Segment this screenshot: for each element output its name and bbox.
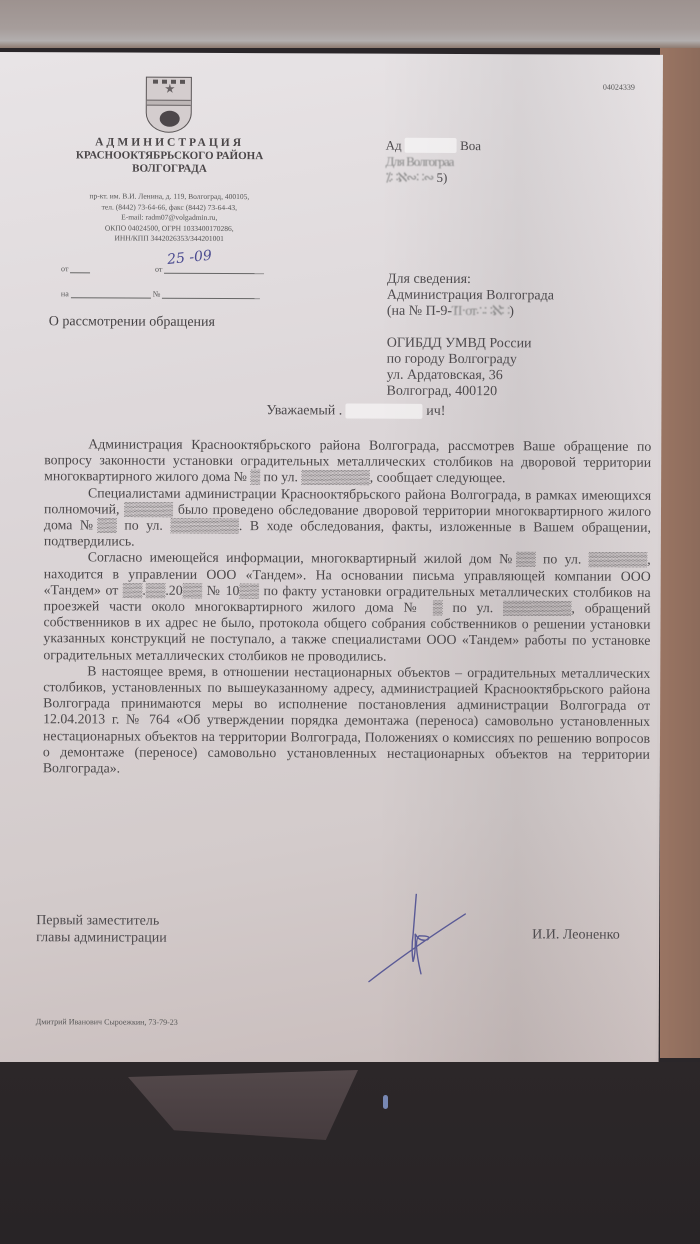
reg-date-label: от — [155, 265, 162, 274]
signature-icon — [361, 894, 471, 984]
redacted-block: xxxxxxxx — [405, 138, 457, 153]
body-paragraph: Специалистами администрации Краснооктябр… — [44, 485, 651, 552]
cc-reference: (на № П-9-ΊΊ·от∴∷ℵ∷) — [387, 304, 554, 321]
signer-name: И.И. Леоненко — [532, 927, 620, 943]
addressee-line-3: ⁒∷ℵ∾∷∾ 5) — [385, 170, 481, 186]
cc-ref-suffix: ) — [509, 304, 514, 319]
reg-number-label: № — [153, 290, 161, 299]
body-paragraph: Администрация Краснооктябрьского района … — [44, 436, 651, 487]
addressee-prefix: Ад — [386, 138, 402, 153]
cc-ref-prefix: (на № П-9- — [387, 304, 452, 319]
org-line-2: КРАСНООКТЯБРЬСКОГО РАЙОНА — [40, 149, 300, 163]
crest-band — [147, 100, 191, 106]
recipient-line: Волгоград, 400120 — [386, 384, 531, 401]
reg-on-label: на — [61, 289, 69, 298]
addressee-suffix: Воа — [460, 138, 481, 153]
registration-on: на № — [61, 289, 261, 299]
addressee-line3-suffix: 5) — [437, 170, 448, 185]
body-paragraph: Согласно имеющейся информации, многоквар… — [43, 550, 650, 666]
document-id: 04024339 — [603, 83, 635, 92]
addressee-line-1: Ад xxxxxxxx Воа — [386, 138, 482, 154]
cc-org: Администрация Волгограда — [387, 288, 554, 305]
redacted-scribble: ΊΊ·от∴∷ℵ∷ — [452, 304, 509, 319]
salutation: Уважаемый . xxxxxxxxxxx ич! — [266, 403, 445, 420]
crest-merlons — [153, 80, 187, 84]
background-ceiling — [0, 0, 700, 48]
background-desk — [660, 48, 700, 1058]
reg-date-line — [164, 273, 264, 274]
signer-title-line-1: Первый заместитель — [36, 912, 167, 930]
addressee-block: Ад xxxxxxxx Воа Для Волгограа ⁒∷ℵ∾∷∾ 5) — [385, 138, 481, 186]
org-inn: ИНН/КПП 3442026353/344201001 — [39, 233, 299, 245]
crest-emblem — [160, 111, 180, 127]
coat-of-arms-icon — [146, 77, 192, 133]
recipient-block: ОГИБДД УМВД России по городу Волгограду … — [386, 336, 531, 401]
signer-title: Первый заместитель главы администрации — [36, 912, 167, 947]
cc-block: Для сведения: Администрация Волгограда (… — [387, 272, 554, 321]
signer-title-line-2: главы администрации — [36, 929, 167, 947]
salutation-prefix: Уважаемый . — [266, 403, 342, 418]
crest-star — [165, 84, 175, 94]
organization-contacts: пр-кт. им. В.И. Ленина, д. 119, Волгогра… — [39, 191, 299, 245]
reg-number-line — [162, 298, 260, 299]
redacted-scribble: ⁒∷ℵ∾∷∾ — [385, 170, 433, 185]
body-paragraph: В настоящее время, в отношении нестацион… — [43, 663, 650, 779]
org-line-3: ВОЛГОГРАДА — [39, 162, 299, 176]
recipient-line: ОГИБДД УМВД России — [387, 336, 532, 353]
org-line-1: АДМИНИСТРАЦИЯ — [40, 136, 300, 150]
registration-from: от — [61, 264, 90, 273]
background-dark-surface — [0, 1062, 700, 1244]
recipient-line: ул. Ардатовская, 36 — [387, 368, 532, 385]
background-glint — [383, 1095, 388, 1109]
letter-subject: О рассмотрении обращения — [49, 314, 215, 331]
salutation-suffix: ич! — [426, 404, 445, 419]
reg-on-line — [71, 297, 151, 298]
organization-title: АДМИНИСТРАЦИЯ КРАСНООКТЯБРЬСКОГО РАЙОНА … — [39, 136, 299, 176]
cc-label: Для сведения: — [387, 272, 554, 289]
reg-from-line — [70, 272, 90, 273]
redacted-block: xxxxxxxxxxx — [346, 404, 423, 419]
letter-body: Администрация Краснооктябрьского района … — [43, 436, 651, 779]
recipient-line: по городу Волгограду — [387, 352, 532, 369]
executor-contact: Дмитрий Иванович Сыроежкин, 73-79-23 — [36, 1017, 178, 1027]
letter-page: 04024339 АДМИНИСТРАЦИЯ КРАСНООКТЯБРЬСКОГ… — [0, 52, 663, 1065]
addressee-line-2: Для Волгограа — [385, 154, 481, 170]
reg-from-label: от — [61, 264, 68, 273]
